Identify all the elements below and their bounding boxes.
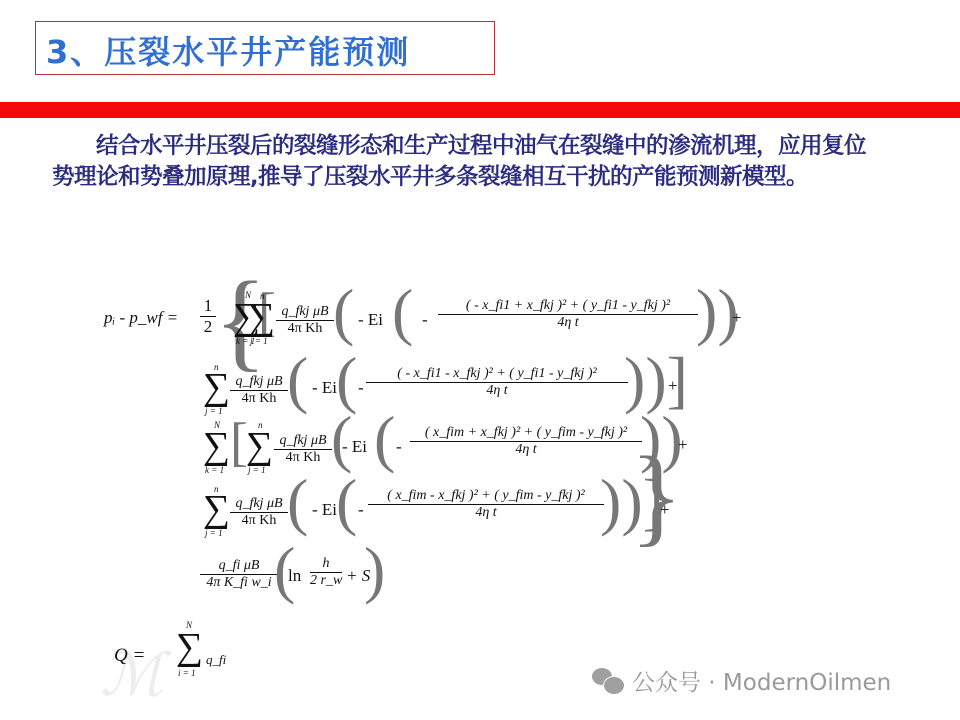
brace-close: } bbox=[630, 440, 683, 550]
last-coef-fraction: q_fi μB 4π K_fi w_i bbox=[200, 558, 278, 591]
sum-j: ∑ bbox=[248, 298, 275, 336]
formula-lhs: pᵢ - p_wf = bbox=[104, 308, 178, 328]
term2-fraction: ( - x_fi1 - x_fkj )² + ( y_fi1 - y_fkj )… bbox=[366, 366, 628, 399]
coef-fraction: q_fkj μB 4π Kh bbox=[276, 304, 334, 337]
term4-fraction: ( x_fim - x_fkj )² + ( y_fim - y_fkj )² … bbox=[368, 488, 604, 521]
watermark: 公众号 · ModernOilmen bbox=[592, 664, 891, 697]
Q-lhs: Q = bbox=[114, 645, 145, 667]
watermark-text: 公众号 · ModernOilmen bbox=[632, 664, 891, 697]
term3-fraction: ( x_fim + x_fkj )² + ( y_fim - y_fkj )² … bbox=[410, 425, 642, 458]
wechat-icon bbox=[592, 668, 626, 694]
productivity-formula: pᵢ - p_wf = 1 2 { N ∑ k = 1 [ n ∑ j = 1 … bbox=[0, 0, 960, 720]
term1-fraction: ( - x_fi1 + x_fkj )² + ( y_fi1 - y_fkj )… bbox=[438, 298, 698, 331]
